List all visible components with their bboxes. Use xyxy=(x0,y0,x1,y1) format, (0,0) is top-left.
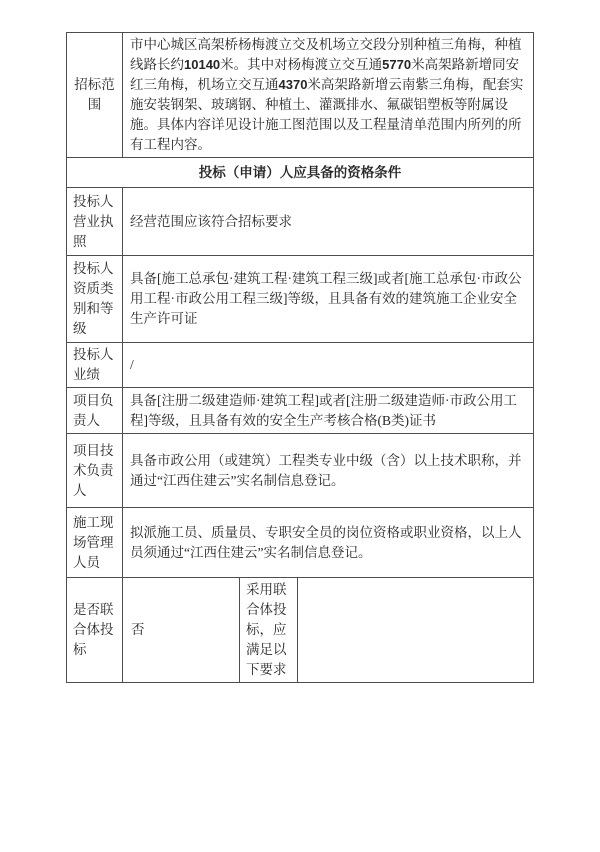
row-site-management-staff: 施工现场管理人员 拟派施工员、质量员、专职安全员的岗位资格或职业资格，以上人员须… xyxy=(67,508,534,578)
qualification-grade-content: 具备[施工总承包·建筑工程·建筑工程三级]或者[施工总承包·市政公用工程·市政公… xyxy=(123,256,534,343)
site-management-staff-label: 施工现场管理人员 xyxy=(67,508,123,578)
qualification-grade-label: 投标人资质类别和等级 xyxy=(67,256,123,343)
technical-leader-label: 项目技术负责人 xyxy=(67,434,123,508)
section-header-title: 投标（申请）人应具备的资格条件 xyxy=(67,158,534,188)
site-management-staff-content: 拟派施工员、质量员、专职安全员的岗位资格或职业资格，以上人员须通过“江西住建云”… xyxy=(123,508,534,578)
row-business-license: 投标人营业执照 经营范围应该符合招标要求 xyxy=(67,188,534,256)
project-leader-content: 具备[注册二级建造师·建筑工程]或者[注册二级建造师·市政公用工程]等级，且具备… xyxy=(123,388,534,434)
consortium-bid-answer: 否 xyxy=(123,578,240,683)
row-technical-leader: 项目技术负责人 具备市政公用（或建筑）工程类专业中级（含）以上技术职称，并通过“… xyxy=(67,434,534,508)
document-page: 招标范围 市中心城区高架桥杨梅渡立交及机场立交段分别种植三角梅，种植线路长约10… xyxy=(0,0,600,852)
business-license-label: 投标人营业执照 xyxy=(67,188,123,256)
bid-scope-content: 市中心城区高架桥杨梅渡立交及机场立交段分别种植三角梅，种植线路长约10140米。… xyxy=(123,33,534,158)
consortium-bid-note: 采用联合体投标，应满足以下要求 xyxy=(240,578,298,683)
business-license-content: 经营范围应该符合招标要求 xyxy=(123,188,534,256)
row-consortium-bid: 是否联合体投标 否 采用联合体投标，应满足以下要求 xyxy=(67,578,534,683)
consortium-bid-detail xyxy=(298,578,534,683)
qualification-table: 招标范围 市中心城区高架桥杨梅渡立交及机场立交段分别种植三角梅，种植线路长约10… xyxy=(66,32,534,683)
row-project-leader: 项目负责人 具备[注册二级建造师·建筑工程]或者[注册二级建造师·市政公用工程]… xyxy=(67,388,534,434)
consortium-bid-label: 是否联合体投标 xyxy=(67,578,123,683)
project-leader-label: 项目负责人 xyxy=(67,388,123,434)
row-bidder-performance: 投标人业绩 / xyxy=(67,343,534,388)
bidder-performance-content: / xyxy=(123,343,534,388)
row-section-header: 投标（申请）人应具备的资格条件 xyxy=(67,158,534,188)
row-bid-scope: 招标范围 市中心城区高架桥杨梅渡立交及机场立交段分别种植三角梅，种植线路长约10… xyxy=(67,33,534,158)
technical-leader-content: 具备市政公用（或建筑）工程类专业中级（含）以上技术职称，并通过“江西住建云”实名… xyxy=(123,434,534,508)
row-qualification-grade: 投标人资质类别和等级 具备[施工总承包·建筑工程·建筑工程三级]或者[施工总承包… xyxy=(67,256,534,343)
bid-scope-label: 招标范围 xyxy=(67,33,123,158)
bidder-performance-label: 投标人业绩 xyxy=(67,343,123,388)
